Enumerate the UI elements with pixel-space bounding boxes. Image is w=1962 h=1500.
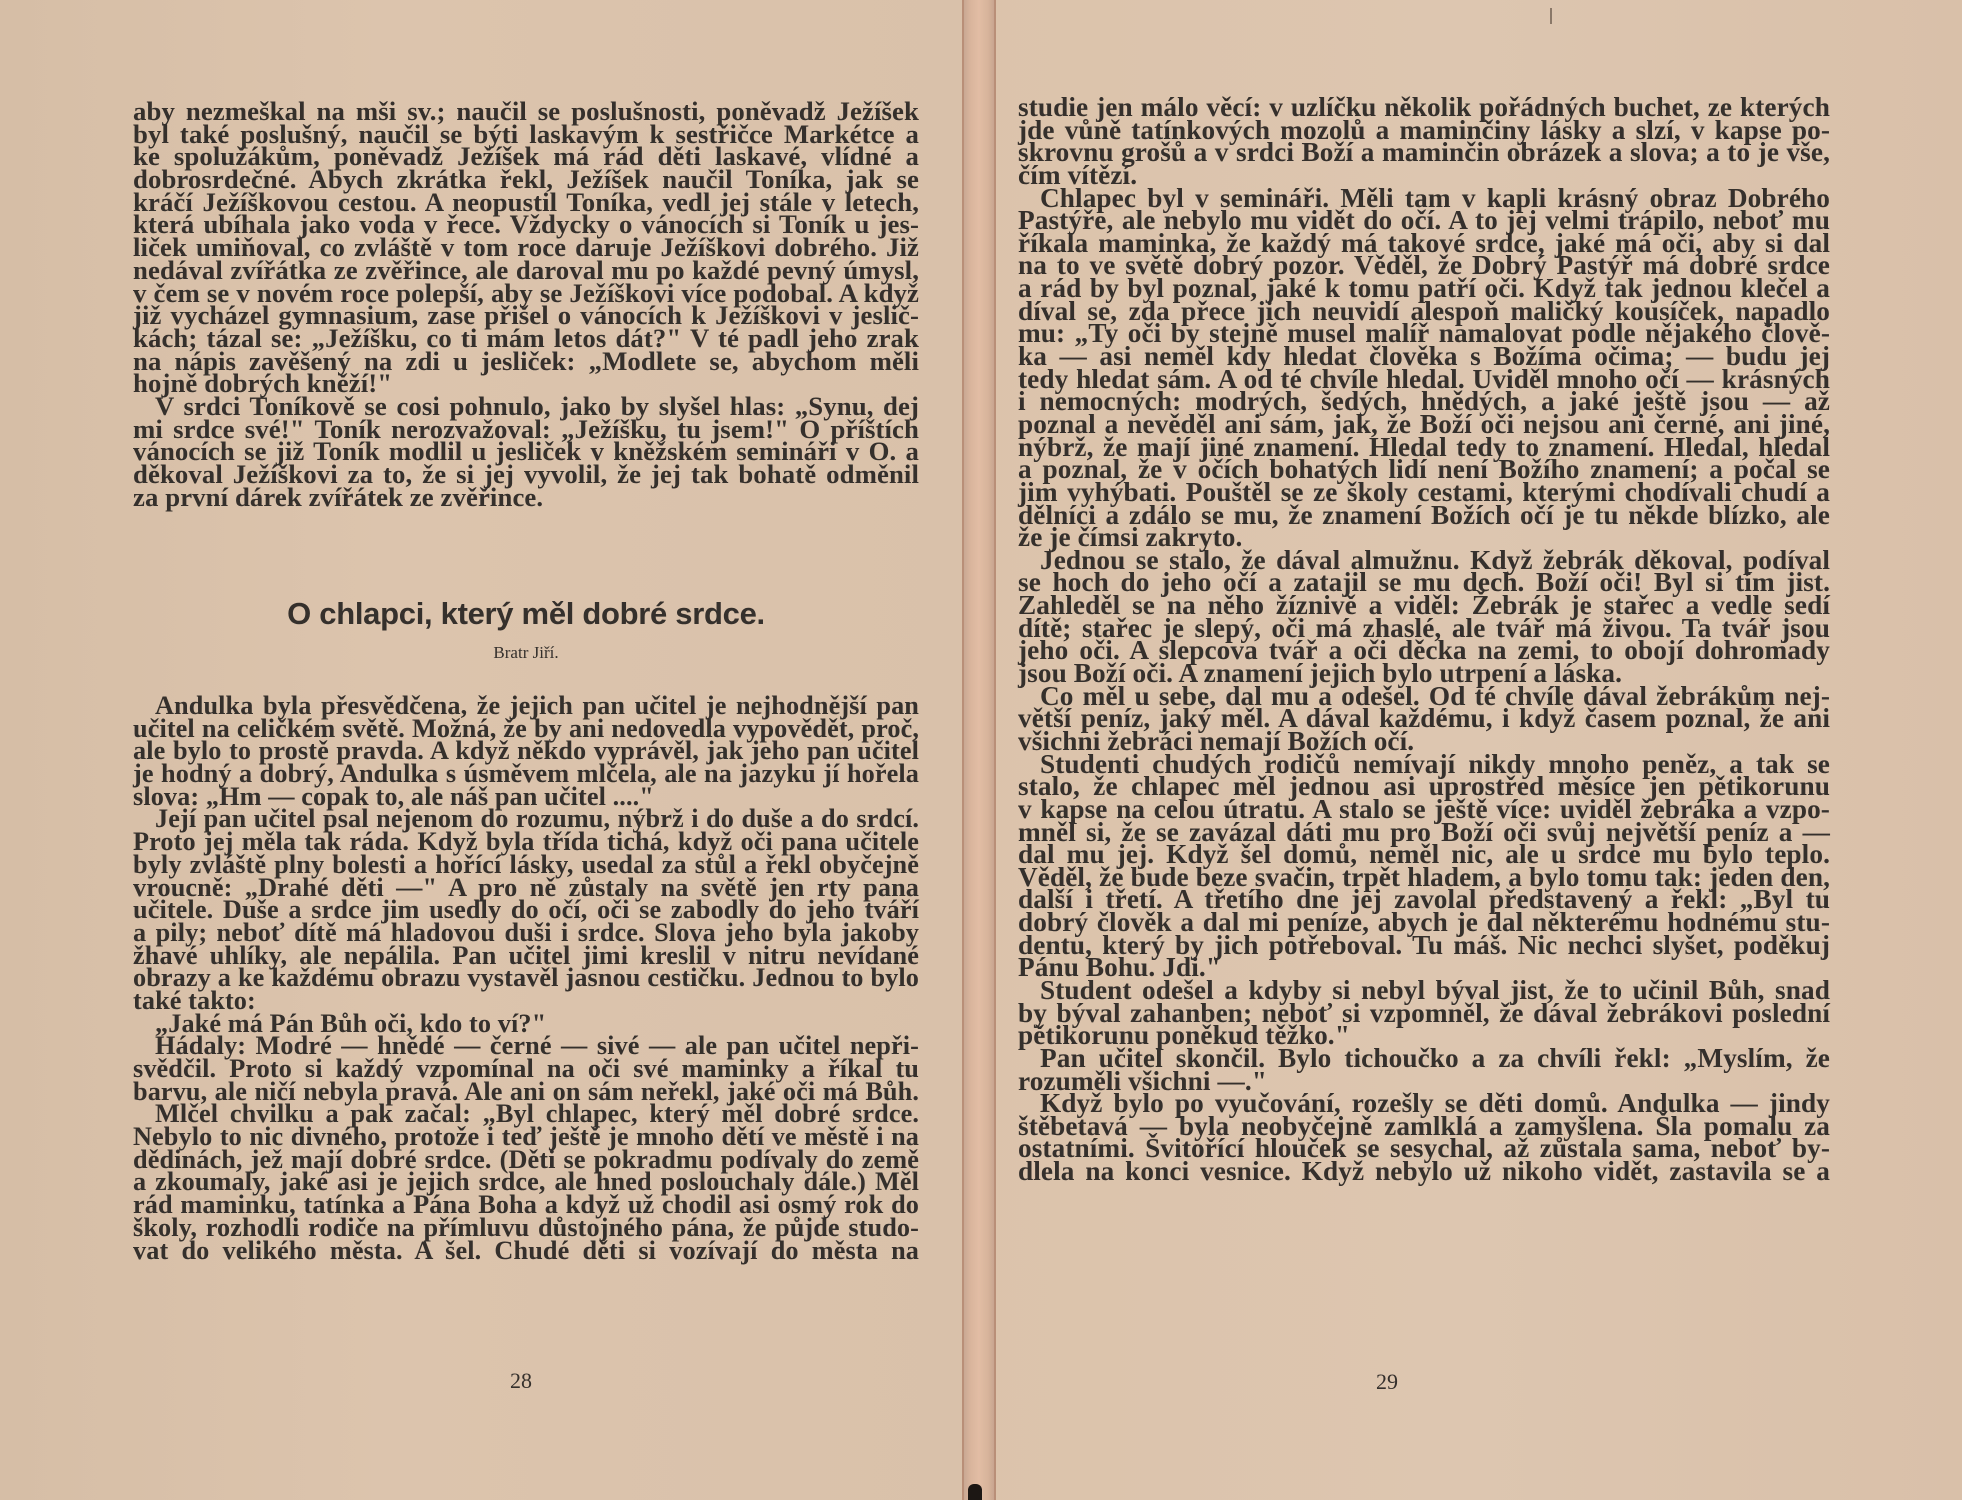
left-page-text-bottom: Andulka byla přesvědčena, že jejich pan …: [133, 695, 919, 1262]
text-line: vat do velikého města. A šel. Chudé děti…: [133, 1240, 919, 1263]
story-author: Bratr Jiří.: [133, 643, 919, 663]
text-line: za první dárek zvířátek ze zvěřince.: [133, 486, 919, 509]
binding-shadow: [968, 1484, 982, 1500]
text-line: dlela na konci vesnice. Když nebylo už n…: [1018, 1160, 1830, 1183]
right-page-text: studie jen málo věcí: v uzlíčku několik …: [1018, 96, 1830, 1183]
page-number-right: 29: [1376, 1369, 1398, 1395]
left-page-text-top: aby nezmeškal na mši sv.; naučil se posl…: [133, 100, 919, 508]
book-gutter: [962, 0, 996, 1500]
right-page: studie jen málo věcí: v uzlíčku několik …: [968, 0, 1962, 1500]
story-title: O chlapci, který měl dobré srdce.: [133, 596, 919, 632]
page-number-left: 28: [510, 1368, 532, 1394]
page-edge-mark: [1550, 8, 1552, 24]
left-page: aby nezmeškal na mši sv.; naučil se posl…: [0, 0, 968, 1500]
text-line: skrovnu grošů a v srdci Boží a maminčin …: [1018, 141, 1830, 164]
